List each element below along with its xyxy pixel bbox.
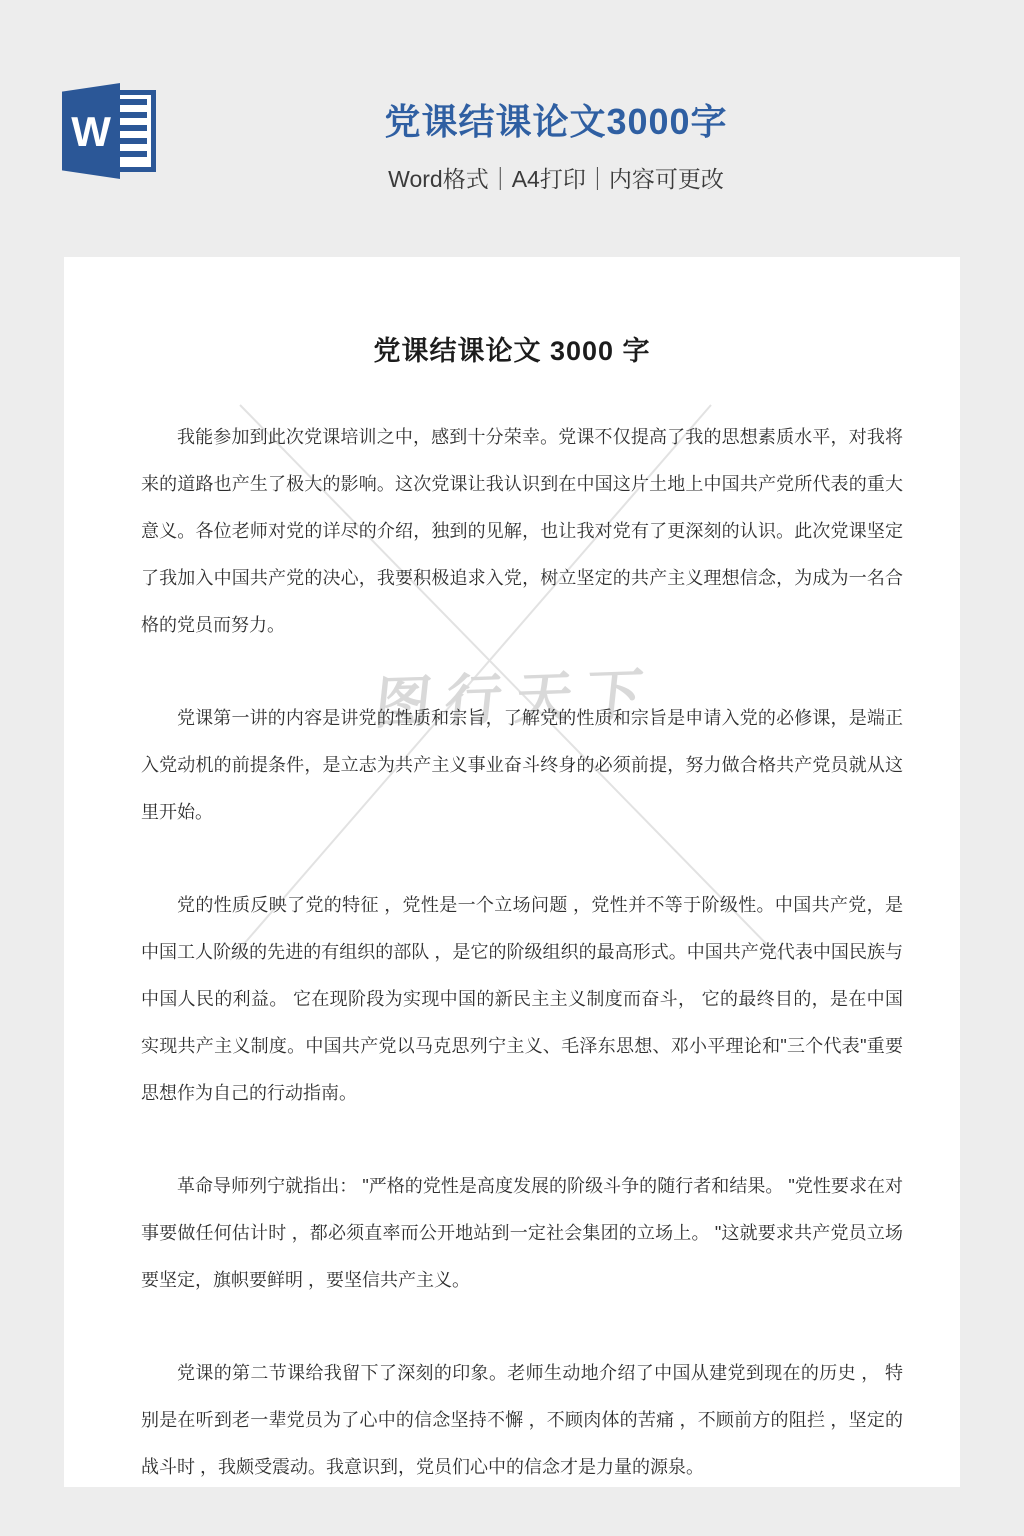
- header: W 党课结课论文3000字 Word格式｜A4打印｜内容可更改: [0, 0, 1024, 230]
- document-paragraph: 我能参加到此次党课培训之中，感到十分荣幸。党课不仅提高了我的思想素质水平，对我将…: [141, 414, 903, 649]
- page-title: 党课结课论文3000字: [88, 94, 1024, 145]
- document-paragraph: 革命导师列宁就指出： "严格的党性是高度发展的阶级斗争的随行者和结果。 "党性要…: [141, 1163, 903, 1304]
- document-title: 党课结课论文 3000 字: [64, 257, 960, 368]
- word-icon-letter: W: [71, 109, 111, 153]
- document-paragraph: 党的性质反映了党的特征 ，党性是一个立场问题 ，党性并不等于阶级性。中国共产党，…: [141, 882, 903, 1117]
- word-file-icon: W: [62, 83, 156, 179]
- word-icon-cover: W: [62, 83, 120, 179]
- document-body: 我能参加到此次党课培训之中，感到十分荣幸。党课不仅提高了我的思想素质水平，对我将…: [141, 414, 903, 1491]
- document-content: 党课结课论文 3000 字 我能参加到此次党课培训之中，感到十分荣幸。党课不仅提…: [64, 257, 960, 1491]
- document-page: 图行天下 党课结课论文 3000 字 我能参加到此次党课培训之中，感到十分荣幸。…: [64, 257, 960, 1487]
- document-paragraph: 党课第一讲的内容是讲党的性质和宗旨，了解党的性质和宗旨是申请入党的必修课，是端正…: [141, 695, 903, 836]
- page-subtitle: Word格式｜A4打印｜内容可更改: [88, 161, 1024, 194]
- document-paragraph: 党课的第二节课给我留下了深刻的印象。老师生动地介绍了中国从建党到现在的历史 ， …: [141, 1350, 903, 1491]
